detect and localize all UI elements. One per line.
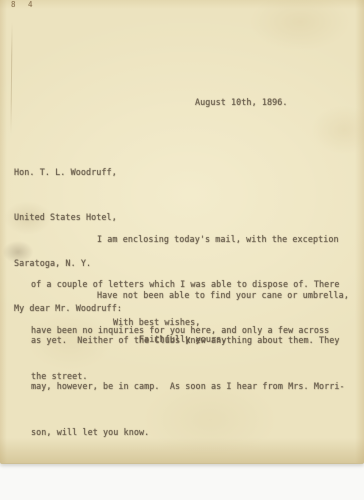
paper-crease	[10, 22, 12, 134]
body-line: Have not been able to find your cane or …	[31, 288, 349, 303]
signoff-line: Faithfully yours,	[139, 334, 226, 344]
body-line: may, however, be in camp. As soon as I h…	[31, 379, 349, 394]
recipient-line: Hon. T. L. Woodruff,	[14, 165, 122, 180]
body-line: son, will let you know.	[31, 425, 349, 440]
body-line: I am enclosing today's mail, with the ex…	[31, 232, 340, 247]
closing-line: With best wishes,	[113, 317, 200, 327]
date-line: August 10th, 1896.	[195, 97, 288, 107]
pencil-corner-marks: 8 4	[11, 0, 34, 9]
body-paragraph-2: Have not been able to find your cane or …	[31, 257, 349, 471]
scanned-letter-page: { "page": { "paper_color": "#ece3bf", "i…	[0, 0, 364, 500]
aged-paper-sheet: 8 4 August 10th, 1896. Hon. T. L. Woodru…	[0, 0, 364, 464]
